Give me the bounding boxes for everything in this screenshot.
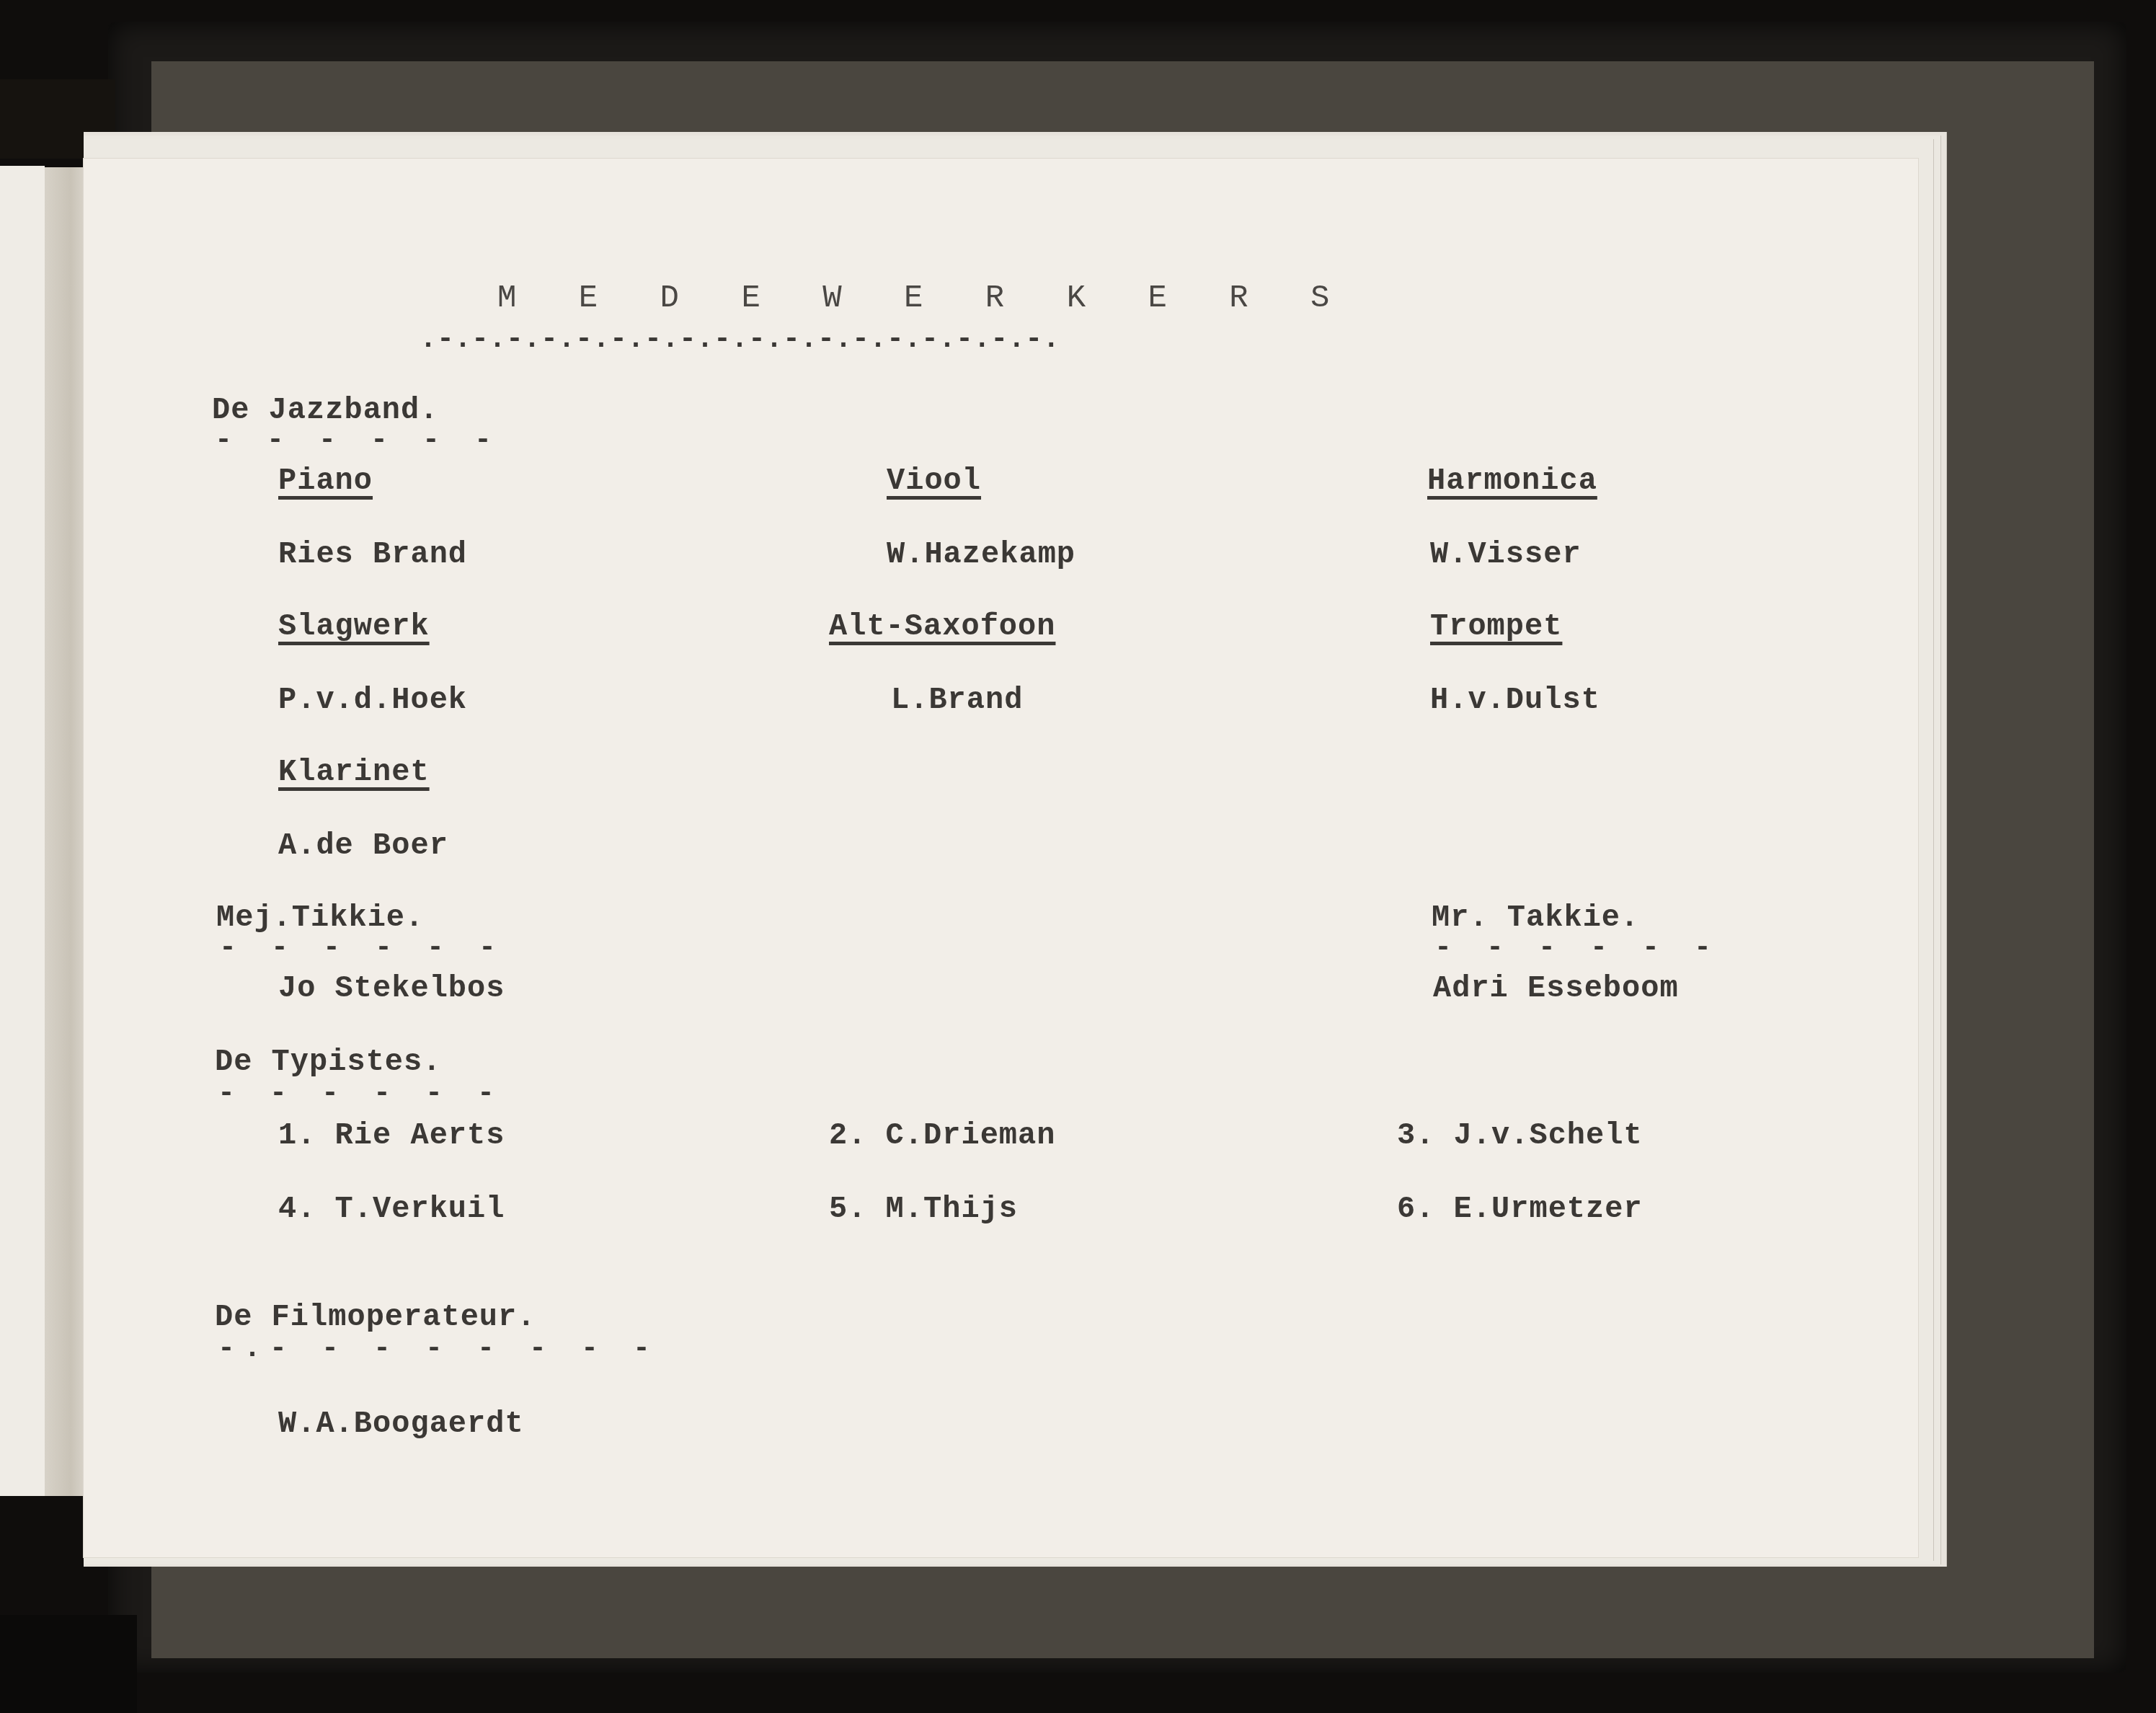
typist-name: 4. T.Verkuil: [278, 1194, 505, 1224]
typist-name: 2. C.Drieman: [829, 1120, 1055, 1151]
section-heading-tikkie: Mej.Tikkie.: [216, 903, 424, 933]
instrument-label-klarinet: Klarinet: [278, 757, 430, 787]
section-heading-takkie: Mr. Takkie.: [1432, 903, 1639, 933]
player-name: P.v.d.Hoek: [278, 685, 467, 715]
section-dashes: -.- - - - - - - -: [218, 1335, 659, 1364]
typed-page: M E D E W E R K E R S .-.-.-.-.-.-.-.-.-…: [84, 159, 1918, 1557]
typist-name: 6. E.Urmetzer: [1397, 1194, 1643, 1224]
typist-name: 1. Rie Aerts: [278, 1120, 505, 1151]
typist-name: 5. M.Thijs: [829, 1194, 1018, 1224]
section-dashes: - - - - - -: [218, 1080, 503, 1109]
player-name: L.Brand: [891, 685, 1023, 715]
album-photo: M E D E W E R K E R S .-.-.-.-.-.-.-.-.-…: [0, 0, 2156, 1713]
player-name: Jo Stekelbos: [278, 973, 505, 1004]
left-page-edge: [0, 166, 45, 1496]
section-dashes: - - - - - -: [219, 934, 505, 963]
album-corner: [0, 1615, 137, 1713]
player-name: H.v.Dulst: [1430, 685, 1600, 715]
typist-name: 3. J.v.Schelt: [1397, 1120, 1643, 1151]
section-heading-jazzband: De Jazzband.: [212, 395, 438, 425]
player-name: A.de Boer: [278, 831, 448, 861]
section-dashes: - - - - - -: [215, 427, 500, 456]
instrument-label-viool: Viool: [887, 466, 981, 496]
instrument-label-trompet: Trompet: [1430, 611, 1562, 642]
player-name: Ries Brand: [278, 539, 467, 570]
title-rule: .-.-.-.-.-.-.-.-.-.-.-.-.-.-.-.-.-.-.: [420, 326, 1060, 355]
player-name: W.A.Boogaerdt: [278, 1409, 524, 1439]
section-dashes: - - - - - -: [1434, 934, 1720, 963]
player-name: W.Hazekamp: [887, 539, 1075, 570]
page-title: M E D E W E R K E R S: [497, 283, 1352, 314]
instrument-label-alt-saxofoon: Alt-Saxofoon: [829, 611, 1055, 642]
player-name: W.Visser: [1430, 539, 1581, 570]
instrument-label-piano: Piano: [278, 466, 373, 496]
instrument-label-harmonica: Harmonica: [1427, 466, 1597, 496]
page-gutter-shadow: [45, 167, 88, 1496]
instrument-label-slagwerk: Slagwerk: [278, 611, 430, 642]
player-name: Adri Esseboom: [1433, 973, 1679, 1004]
section-heading-typistes: De Typistes.: [215, 1047, 441, 1077]
section-heading-filmoperateur: De Filmoperateur.: [215, 1302, 536, 1332]
